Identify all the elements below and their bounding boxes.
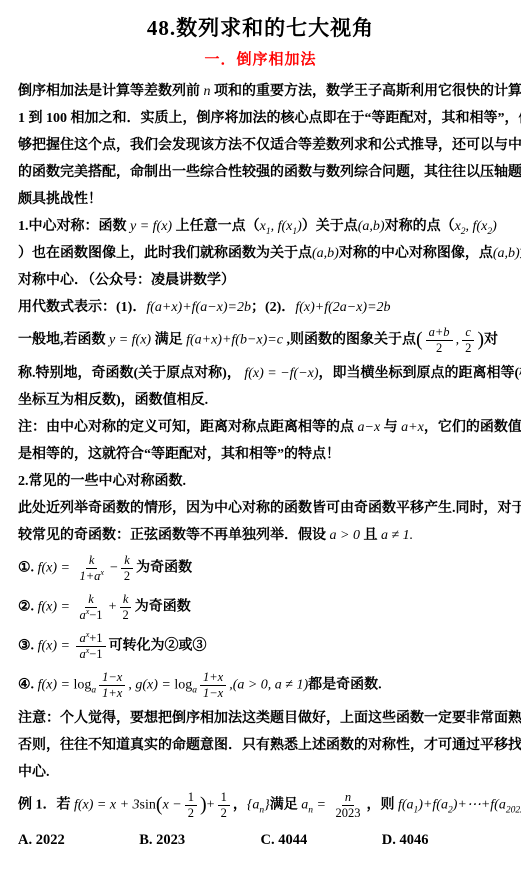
- option-a: A. 2022: [18, 832, 139, 849]
- fraction: 1+x1−x: [200, 670, 226, 701]
- formula-line-2: ②. f(x) = kax−1+k2为奇函数: [18, 589, 503, 626]
- text-line-intro-1: 倒序相加法是计算等差数列前 n 项和的重要方法，数学王子高斯利用它很快的计算出来…: [18, 79, 503, 104]
- fraction: a+b2: [426, 325, 453, 356]
- fraction: c2: [462, 325, 474, 356]
- text-line-algebraic-form: 用代数式表示：(1)．f(a+x)+f(a−x)=2b；(2)．f(x)+f(2…: [18, 295, 503, 320]
- text-line-note-1: 注：由中心对称的定义可知，距离对称点距离相等的点 a−x 与 a+x，它们的函数…: [18, 415, 503, 440]
- text-line-general-1: 一般地,若函数 y = f(x) 满足 f(a+x)+f(b−x)=c ,则函数…: [18, 322, 503, 359]
- text-line-intro-4: 的函数完美搭配，命制出一些综合性较强的函数与数列综合问题，其往往以压轴题出现，: [18, 160, 503, 185]
- text-line-intro-2: 1 到 100 相加之和．实质上，倒序将加法的核心点即在于“等距配对，其和相等”…: [18, 106, 503, 131]
- text-line-general-2: 称.特别地，奇函数(关于原点对称)， f(x) = −f(−x)，即当横坐标到原…: [18, 361, 503, 386]
- text-line-intro-3: 够把握住这个点，我们会发现该方法不仅适合等差数列求和公式推导，还可以与中心对称: [18, 133, 503, 158]
- answer-options-row: A. 2022 B. 2023 C. 4044 D. 4046: [18, 832, 503, 849]
- text-line-central-symmetry-1: 1.中心对称：函数 y = f(x) 上任意一点（x1, f(x1)）关于点(a…: [18, 214, 503, 239]
- fraction: 12: [185, 790, 197, 821]
- text-line-warning-3: 中心.: [18, 760, 503, 785]
- text-line-odd-functions-2: 较常见的奇函数：正弦函数等不再单独列举．假设 a > 0 且 a ≠ 1.: [18, 523, 503, 548]
- text-line-intro-5: 颇具挑战性！: [18, 187, 503, 212]
- fraction: kax−1: [76, 592, 105, 623]
- text-line-warning-2: 否则，往往不知道真实的命题意图．只有熟悉上述函数的对称性，才可通过平移找到对称: [18, 733, 503, 758]
- fraction: n2023: [332, 790, 363, 821]
- formula-line-1: ①. f(x) = k1+ax−k2为奇函数: [18, 550, 503, 587]
- page-title: 48.数列求和的七大视角: [18, 12, 503, 42]
- text-line-warning-1: 注意：个人觉得，要想把倒序相加法这类题目做好，上面这些函数一定要非常面熟才行，: [18, 706, 503, 731]
- example-1-statement: 例 1．若 f(x) = x + 3sin(x −12)+12，{an}满足 a…: [18, 787, 503, 824]
- fraction: ax+1ax−1: [76, 631, 105, 662]
- fraction: 12: [218, 790, 230, 821]
- option-b: B. 2023: [139, 832, 260, 849]
- option-c: C. 4044: [261, 832, 382, 849]
- text-line-central-symmetry-3: 对称中心．（公众号：凌晨讲数学）: [18, 268, 503, 293]
- fraction: k2: [121, 553, 133, 584]
- fraction: k2: [119, 592, 131, 623]
- text-line-general-3: 坐标互为相反数)，函数值相反.: [18, 388, 503, 413]
- fraction: k1+ax: [76, 553, 107, 584]
- section-heading: 一．倒序相加法: [18, 48, 503, 69]
- text-line-common-functions: 2.常见的一些中心对称函数.: [18, 469, 503, 494]
- document-page: 48.数列求和的七大视角 一．倒序相加法 倒序相加法是计算等差数列前 n 项和的…: [0, 0, 521, 871]
- formula-line-4: ④. f(x) = loga1−x1+x, g(x) = loga1+x1−x,…: [18, 667, 503, 704]
- text-line-note-2: 是相等的，这就符合“等距配对，其和相等”的特点！: [18, 442, 503, 467]
- formula-line-3: ③. f(x) = ax+1ax−1可转化为②或③: [18, 628, 503, 665]
- text-line-central-symmetry-2: ）也在函数图像上，此时我们就称函数为关于点(a,b)对称的中心对称图像，点(a,…: [18, 241, 503, 266]
- option-d: D. 4046: [382, 832, 503, 849]
- fraction: 1−x1+x: [99, 670, 125, 701]
- text-line-odd-functions-1: 此处近列举奇函数的情形，因为中心对称的函数皆可由奇函数平移产生.同时，对于一些: [18, 496, 503, 521]
